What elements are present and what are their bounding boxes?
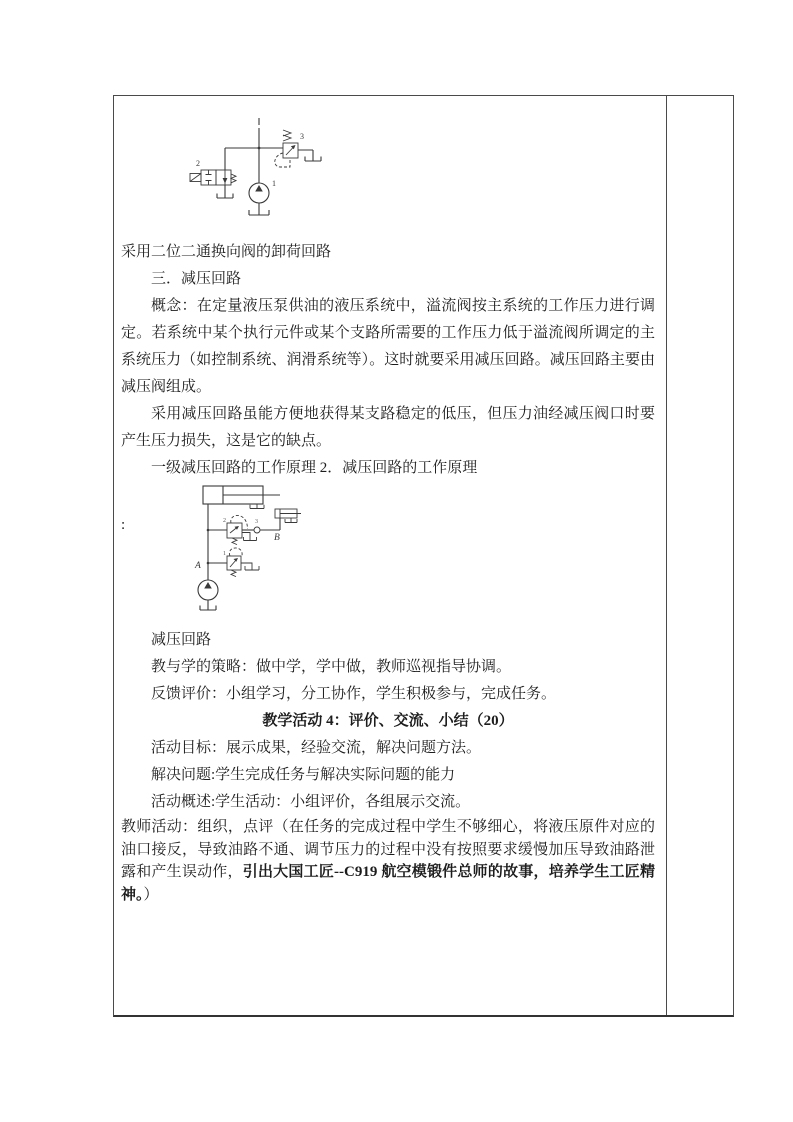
relief-valve-symbol: 1: [208, 548, 259, 577]
principle-line: 一级减压回路的工作原理 2．减压回路的工作原理: [121, 455, 655, 482]
activity4-heading: 教学活动 4：评价、交流、小结（20）: [121, 708, 655, 735]
lesson-content-cell: 1: [114, 96, 667, 1015]
strategy-line: 教与学的策略：做中学，学中做，教师巡视指导协调。: [121, 654, 655, 681]
directional-valve-symbol: 2: [190, 148, 236, 198]
empty-side-cell: [667, 96, 733, 1015]
stray-colon-text: :: [121, 512, 125, 539]
concept-paragraph: 概念：在定量液压泵供油的液压系统中，溢流阀按主系统的工作压力进行调定。若系统中某…: [121, 293, 655, 401]
unloading-circuit-caption: 采用二位二通换向阀的卸荷回路: [121, 239, 655, 266]
reducing-valve-label: 2: [223, 518, 226, 524]
pump-label: 1: [272, 179, 276, 188]
pump-symbol: [198, 580, 218, 610]
feedback-line: 反馈评价：小组学习，分工协作，学生积极参与，完成任务。: [121, 681, 655, 708]
reducing-circuit-caption: 减压回路: [121, 627, 655, 654]
unloading-circuit-diagram: 1: [186, 112, 346, 227]
document-page: 1: [0, 0, 793, 1122]
line-a-label: A: [194, 561, 201, 571]
drawback-paragraph: 采用减压回路虽能方便地获得某支路稳定的低压，但压力油经减压阀口时要产生压力损失，…: [121, 401, 655, 455]
pump-symbol: 1: [249, 179, 276, 215]
cylinder-symbol: [203, 486, 280, 509]
goal-line: 活动目标：展示成果，经验交流，解决问题方法。: [121, 735, 655, 762]
supply-line: [225, 118, 283, 183]
relief-valve-label: 1: [223, 551, 226, 557]
directional-valve-label: 2: [196, 159, 200, 168]
pressure-reducing-circuit-diagram: : A: [121, 482, 655, 627]
lesson-plan-table: 1: [113, 95, 734, 1017]
line-b-label: B: [274, 533, 280, 543]
overview-line: 活动概述:学生活动：小组评价，各组展示交流。: [121, 789, 655, 816]
problem-line: 解决问题:学生完成任务与解决实际问题的能力: [121, 762, 655, 789]
section-heading: 三．减压回路: [121, 266, 655, 293]
main-line: A: [194, 504, 209, 580]
check-valve-symbol: 3 B: [242, 518, 280, 543]
check-valve-label: 3: [255, 519, 258, 525]
small-cylinder-symbol: [275, 509, 301, 523]
teacher-activity-paragraph: 教师活动：组织，点评（在任务的完成过程中学生不够细心，将液压原件对应的油口接反，…: [121, 816, 655, 906]
teacher-activity-tail-text: ）: [144, 887, 159, 903]
relief-valve-label: 3: [300, 132, 304, 141]
